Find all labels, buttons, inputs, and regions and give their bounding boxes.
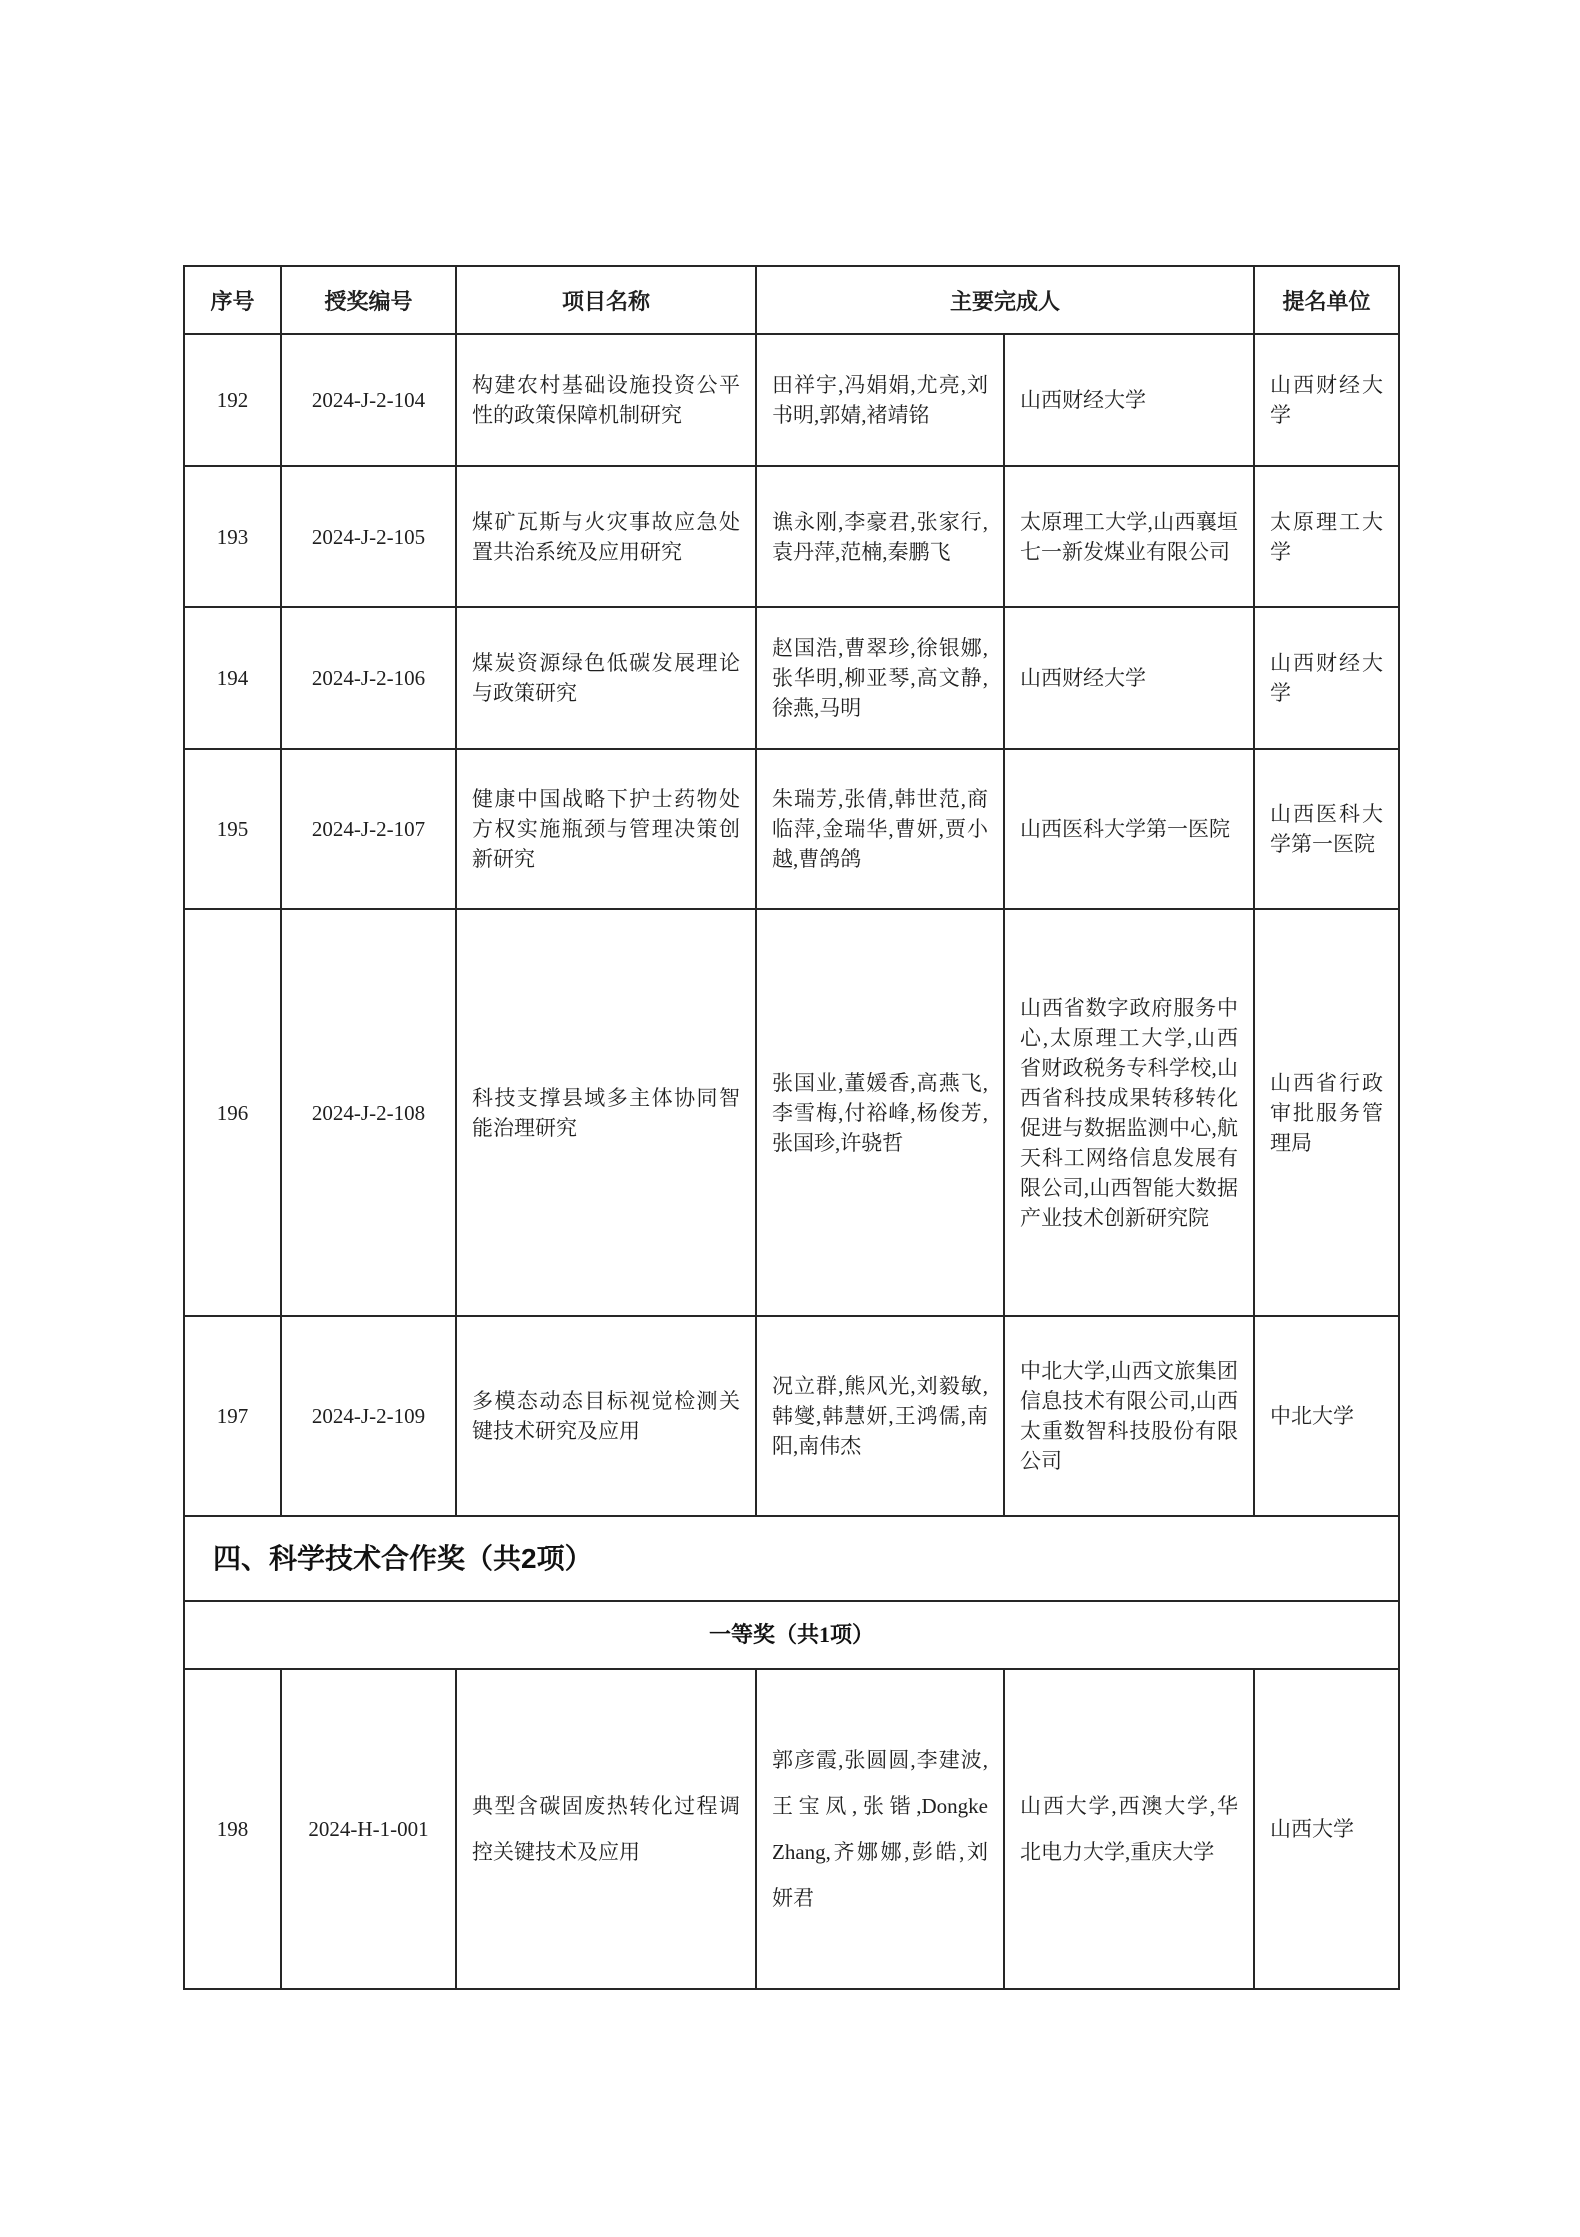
cell-code: 2024-H-1-001 <box>281 1669 456 1989</box>
column-header-code: 授奖编号 <box>281 266 456 334</box>
cell-code: 2024-J-2-104 <box>281 334 456 466</box>
cell-completers: 赵国浩,曹翠珍,徐银娜,张华明,柳亚琴,高文静,徐燕,马明 <box>756 607 1004 749</box>
cell-serial: 197 <box>184 1316 281 1516</box>
subsection-title: 一等奖（共1项） <box>184 1601 1399 1669</box>
cell-completing-units: 山西大学,西澳大学,华北电力大学,重庆大学 <box>1004 1669 1254 1989</box>
cell-code: 2024-J-2-107 <box>281 749 456 909</box>
cell-completing-units: 山西财经大学 <box>1004 334 1254 466</box>
cell-nominator: 山西财经大学 <box>1254 334 1399 466</box>
cell-nominator: 山西医科大学第一医院 <box>1254 749 1399 909</box>
cell-code: 2024-J-2-105 <box>281 466 456 607</box>
cell-code: 2024-J-2-109 <box>281 1316 456 1516</box>
cell-serial: 193 <box>184 466 281 607</box>
table-row: 195 2024-J-2-107 健康中国战略下护士药物处方权实施瓶颈与管理决策… <box>184 749 1399 909</box>
cell-completing-units: 山西医科大学第一医院 <box>1004 749 1254 909</box>
cell-completers: 谯永刚,李豪君,张家行,袁丹萍,范楠,秦鹏飞 <box>756 466 1004 607</box>
table-row: 193 2024-J-2-105 煤矿瓦斯与火灾事故应急处置共治系统及应用研究 … <box>184 466 1399 607</box>
column-header-title: 项目名称 <box>456 266 756 334</box>
section-title: 四、科学技术合作奖（共2项） <box>184 1516 1399 1601</box>
cell-completing-units: 中北大学,山西文旅集团信息技术有限公司,山西太重数智科技股份有限公司 <box>1004 1316 1254 1516</box>
cell-completers: 郭彦霞,张圆圆,李建波,王宝凤,张锴,Dongke Zhang,齐娜娜,彭皓,刘… <box>756 1669 1004 1989</box>
cell-serial: 198 <box>184 1669 281 1989</box>
table-row: 194 2024-J-2-106 煤炭资源绿色低碳发展理论与政策研究 赵国浩,曹… <box>184 607 1399 749</box>
cell-serial: 196 <box>184 909 281 1316</box>
table-row: 198 2024-H-1-001 典型含碳固废热转化过程调控关键技术及应用 郭彦… <box>184 1669 1399 1989</box>
table-row: 196 2024-J-2-108 科技支撑县域多主体协同智能治理研究 张国业,董… <box>184 909 1399 1316</box>
cell-nominator: 中北大学 <box>1254 1316 1399 1516</box>
cell-project-title: 科技支撑县域多主体协同智能治理研究 <box>456 909 756 1316</box>
document-page: 序号 授奖编号 项目名称 主要完成人 提名单位 192 2024-J-2-104… <box>0 0 1580 2237</box>
cell-serial: 192 <box>184 334 281 466</box>
column-header-nominator: 提名单位 <box>1254 266 1399 334</box>
cell-serial: 195 <box>184 749 281 909</box>
cell-completers: 张国业,董媛香,高燕飞,李雪梅,付裕峰,杨俊芳,张国珍,许骁哲 <box>756 909 1004 1316</box>
cell-completing-units: 太原理工大学,山西襄垣七一新发煤业有限公司 <box>1004 466 1254 607</box>
table-row: 192 2024-J-2-104 构建农村基础设施投资公平性的政策保障机制研究 … <box>184 334 1399 466</box>
cell-nominator: 山西大学 <box>1254 1669 1399 1989</box>
column-header-serial: 序号 <box>184 266 281 334</box>
cell-project-title: 健康中国战略下护士药物处方权实施瓶颈与管理决策创新研究 <box>456 749 756 909</box>
cell-project-title: 构建农村基础设施投资公平性的政策保障机制研究 <box>456 334 756 466</box>
cell-nominator: 山西财经大学 <box>1254 607 1399 749</box>
cell-code: 2024-J-2-108 <box>281 909 456 1316</box>
subsection-header-row: 一等奖（共1项） <box>184 1601 1399 1669</box>
cell-completing-units: 山西省数字政府服务中心,太原理工大学,山西省财政税务专科学校,山西省科技成果转移… <box>1004 909 1254 1316</box>
table-row: 197 2024-J-2-109 多模态动态目标视觉检测关键技术研究及应用 况立… <box>184 1316 1399 1516</box>
cell-code: 2024-J-2-106 <box>281 607 456 749</box>
cell-project-title: 煤矿瓦斯与火灾事故应急处置共治系统及应用研究 <box>456 466 756 607</box>
header-row: 序号 授奖编号 项目名称 主要完成人 提名单位 <box>184 266 1399 334</box>
column-header-completers: 主要完成人 <box>756 266 1254 334</box>
cell-project-title: 多模态动态目标视觉检测关键技术研究及应用 <box>456 1316 756 1516</box>
cell-project-title: 典型含碳固废热转化过程调控关键技术及应用 <box>456 1669 756 1989</box>
cell-nominator: 山西省行政审批服务管理局 <box>1254 909 1399 1316</box>
cell-completers: 况立群,熊风光,刘毅敏,韩燮,韩慧妍,王鸿儒,南阳,南伟杰 <box>756 1316 1004 1516</box>
section-header-row: 四、科学技术合作奖（共2项） <box>184 1516 1399 1601</box>
cell-nominator: 太原理工大学 <box>1254 466 1399 607</box>
cell-project-title: 煤炭资源绿色低碳发展理论与政策研究 <box>456 607 756 749</box>
cell-serial: 194 <box>184 607 281 749</box>
cell-completing-units: 山西财经大学 <box>1004 607 1254 749</box>
award-table: 序号 授奖编号 项目名称 主要完成人 提名单位 192 2024-J-2-104… <box>183 265 1400 1990</box>
cell-completers: 朱瑞芳,张倩,韩世范,商临萍,金瑞华,曹妍,贾小越,曹鸽鸽 <box>756 749 1004 909</box>
cell-completers: 田祥宇,冯娟娟,尤亮,刘书明,郭婧,褚靖铭 <box>756 334 1004 466</box>
